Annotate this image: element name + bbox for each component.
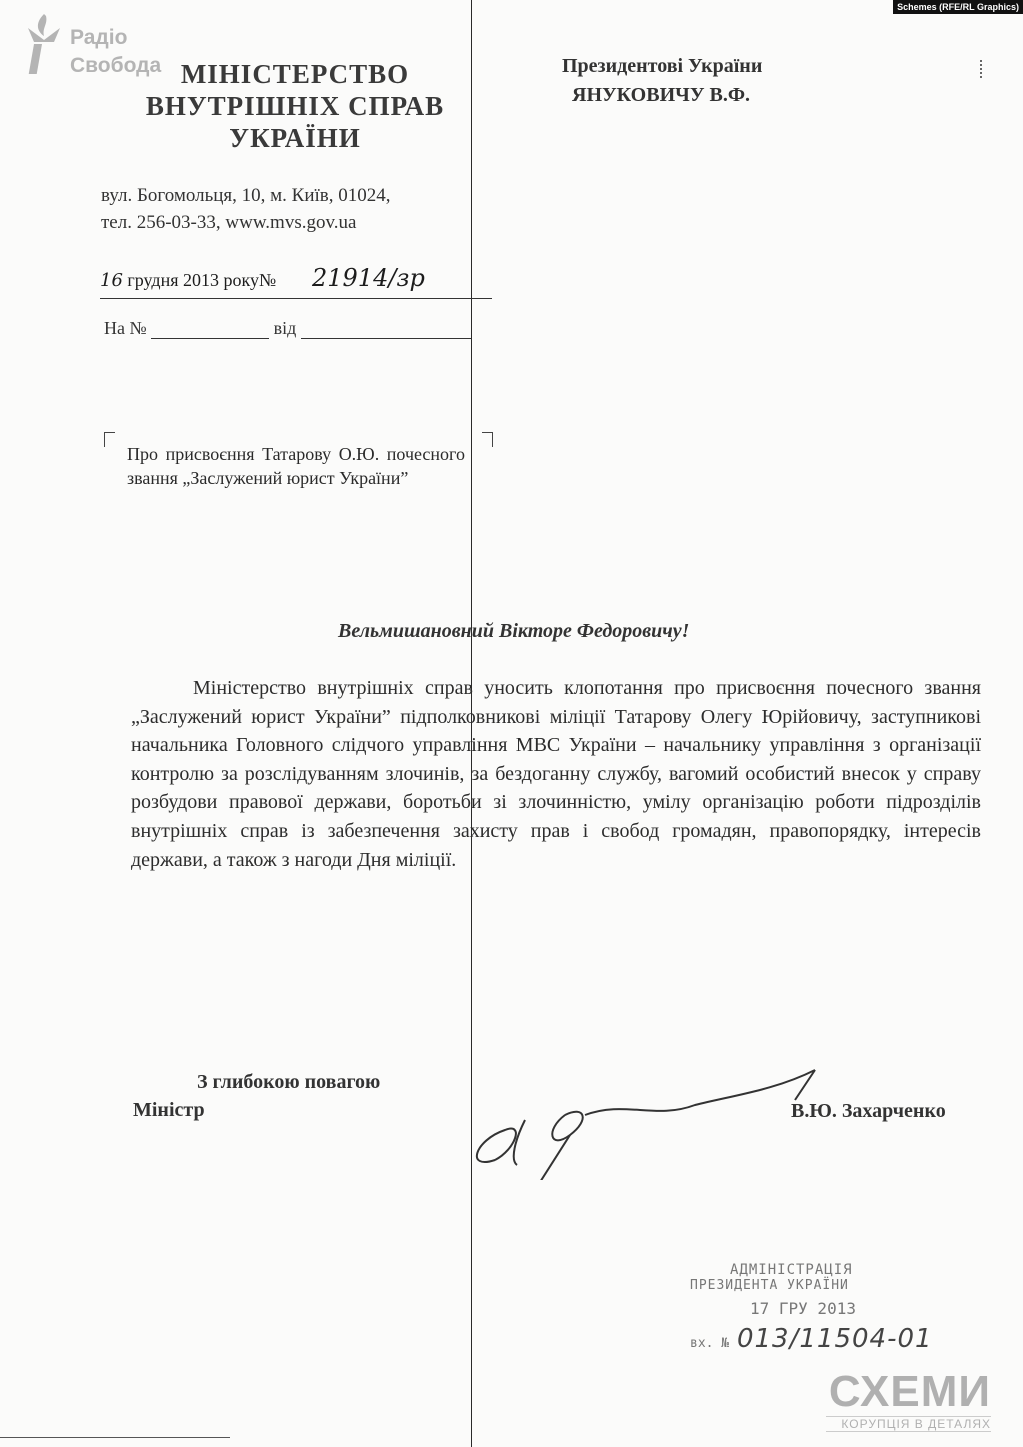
subject-bracket-left — [104, 432, 115, 447]
ministry-header: МІНІСТЕРСТВО ВНУТРІШНІХ СПРАВ УКРАЇНИ — [140, 58, 450, 154]
incoming-stamp: АДМІНІСТРАЦІЯ ПРЕЗИДЕНТА УКРАЇНИ 17 ГРУ … — [690, 1262, 990, 1354]
signer-position: Міністр — [133, 1099, 205, 1122]
ref-number-blank — [151, 320, 269, 339]
greeting: Вельмишановний Вікторе Федоровичу! — [338, 620, 689, 643]
addressee-line-2: ЯНУКОВИЧУ В.Ф. — [572, 81, 762, 110]
reference-line: На № від — [104, 318, 471, 339]
signature-icon — [455, 1060, 835, 1180]
ref-prefix: На № — [104, 318, 147, 338]
image-credit: Schemes (RFE/RL Graphics) — [893, 0, 1023, 14]
stamp-incoming-number: вх. № 013/11504-01 — [690, 1324, 990, 1354]
stamp-in-number: 013/11504-01 — [737, 1324, 933, 1354]
date-text: грудня 2013 року№ — [123, 270, 276, 290]
addressee-line-1: Президентові України — [562, 52, 762, 81]
subject-bracket-right — [482, 432, 493, 447]
outgoing-date-number: 16 грудня 2013 року№ 21914/зр — [100, 270, 492, 299]
torch-logo-icon — [24, 10, 68, 80]
schemes-subtitle: КОРУПЦІЯ В ДЕТАЛЯХ — [826, 1416, 991, 1432]
closing-regards: З глибокою повагою — [197, 1071, 380, 1094]
stamp-line-2: ПРЕЗИДЕНТА УКРАЇНИ — [690, 1278, 990, 1293]
stamp-line-1: АДМІНІСТРАЦІЯ — [730, 1262, 990, 1278]
ministry-line-2: ВНУТРІШНІХ СПРАВ — [140, 90, 450, 122]
date-day: 16 — [100, 270, 123, 291]
corner-mark — [980, 60, 985, 78]
ministry-line-3: УКРАЇНИ — [140, 122, 450, 154]
addressee: Президентові України ЯНУКОВИЧУ В.Ф. — [562, 52, 762, 110]
outgoing-number: 21914/зр — [312, 264, 425, 292]
address-line-1: вул. Богомольця, 10, м. Київ, 01024, — [101, 182, 391, 209]
watermark-line-1: Радіо — [70, 26, 127, 50]
stamp-date: 17 ГРУ 2013 — [750, 1299, 990, 1318]
ref-from-label: від — [274, 318, 297, 338]
letter-body-text: Міністерство внутрішніх справ уносить кл… — [131, 677, 981, 871]
schemes-watermark: СХЕМИ КОРУПЦІЯ В ДЕТАЛЯХ — [826, 1370, 991, 1432]
ministry-address: вул. Богомольця, 10, м. Київ, 01024, тел… — [101, 182, 391, 236]
letter-subject: Про присвоєння Татарову О.Ю. почесного з… — [127, 442, 465, 490]
letter-body: Міністерство внутрішніх справ уносить кл… — [131, 674, 981, 874]
stamp-in-label: вх. № — [690, 1336, 729, 1351]
bottom-rule — [0, 1437, 230, 1438]
ministry-line-1: МІНІСТЕРСТВО — [140, 58, 450, 90]
ref-date-blank — [301, 320, 471, 339]
address-line-2: тел. 256-03-33, www.mvs.gov.ua — [101, 209, 391, 236]
schemes-title: СХЕМИ — [826, 1370, 991, 1414]
